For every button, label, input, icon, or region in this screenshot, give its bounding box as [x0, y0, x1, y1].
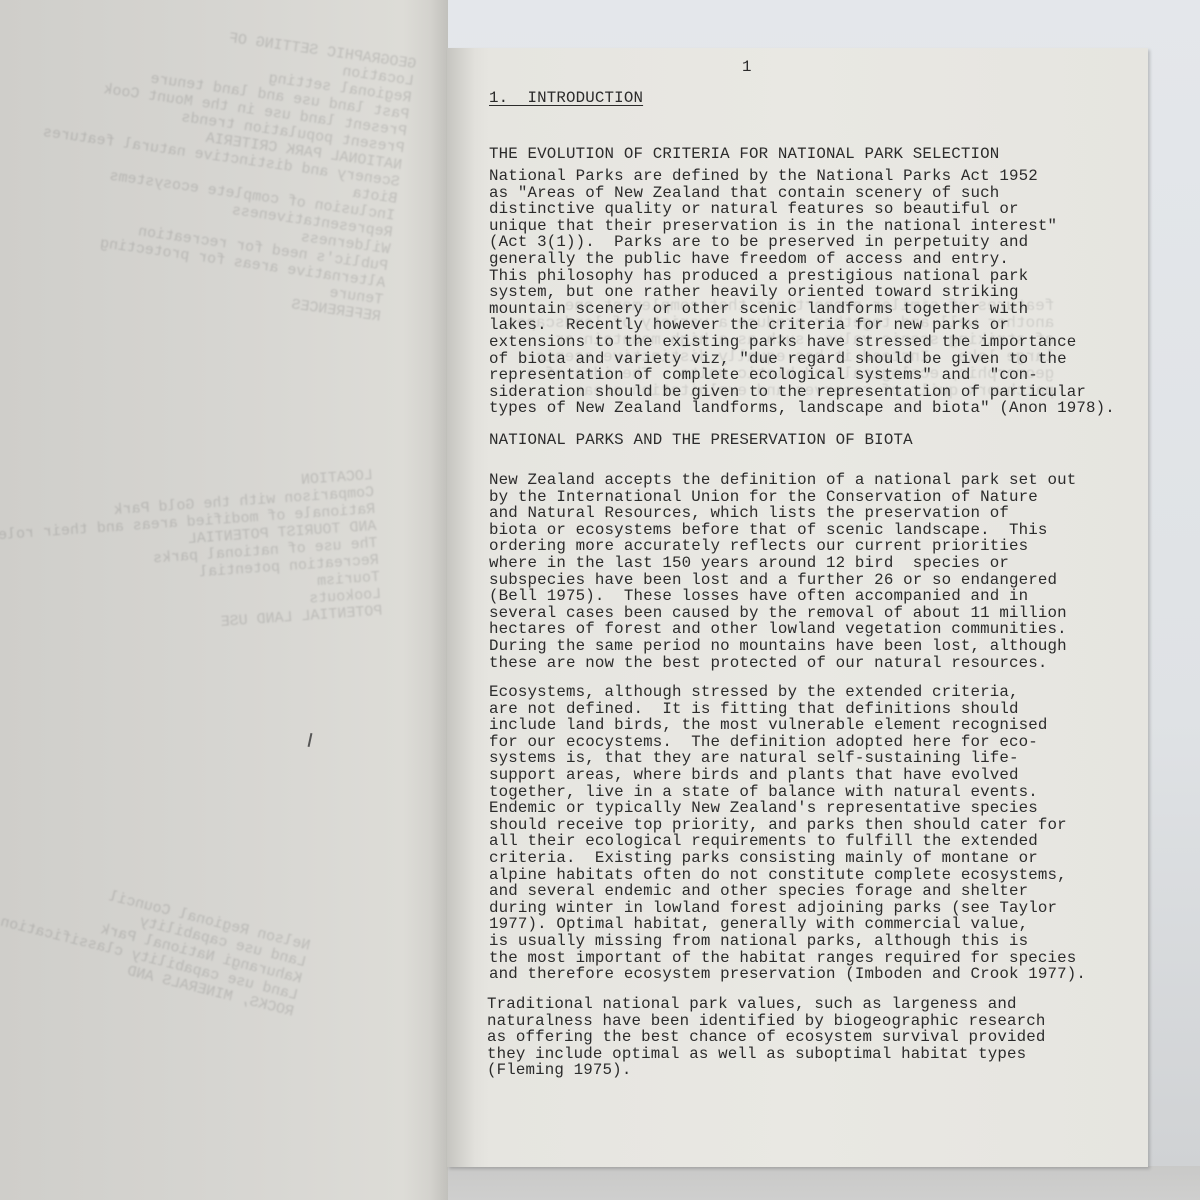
- gutter-shadow: [430, 0, 448, 1200]
- subheading-preservation-of-biota: NATIONAL PARKS AND THE PRESERVATION OF B…: [489, 432, 913, 449]
- section-heading: 1. INTRODUCTION: [489, 90, 643, 107]
- left-page-showthrough-middle: LOCATION Comparison with the Gold Park R…: [0, 467, 383, 646]
- text-line: of biota and variety viz, "due regard sh…: [489, 351, 1115, 368]
- text-line: as offering the best chance of ecosystem…: [487, 1029, 1046, 1046]
- text-line: and therefore ecosystem preservation (Im…: [489, 966, 1086, 983]
- text-line: several cases been caused by the removal…: [489, 605, 1076, 622]
- text-line: naturalness have been identified by biog…: [487, 1013, 1046, 1030]
- text-line: (Bell 1975). These losses have often acc…: [489, 588, 1076, 605]
- paragraph: National Parks are defined by the Nation…: [489, 168, 1115, 417]
- text-line: National Parks are defined by the Nation…: [489, 168, 1115, 185]
- table-surface: [440, 1166, 1200, 1200]
- text-line: criteria. Existing parks consisting main…: [489, 850, 1086, 867]
- text-line: should receive top priority, and parks t…: [489, 817, 1086, 834]
- text-line: Ecosystems, although stressed by the ext…: [489, 684, 1086, 701]
- text-line: by the International Union for the Conse…: [489, 489, 1076, 506]
- paragraph: Ecosystems, although stressed by the ext…: [489, 684, 1086, 983]
- subheading-evolution-of-criteria: THE EVOLUTION OF CRITERIA FOR NATIONAL P…: [489, 146, 999, 163]
- text-line: alpine habitats often do not constitute …: [489, 867, 1086, 884]
- text-line: generally the public have freedom of acc…: [489, 251, 1115, 268]
- text-line: the most important of the habitat ranges…: [489, 950, 1086, 967]
- text-line: ordering more accurately reflects our cu…: [489, 538, 1076, 555]
- text-line: During the same period no mountains have…: [489, 638, 1076, 655]
- text-line: together, live in a state of balance wit…: [489, 784, 1086, 801]
- text-line: New Zealand accepts the definition of a …: [489, 472, 1076, 489]
- text-line: (Act 3(1)). Parks are to be preserved in…: [489, 234, 1115, 251]
- text-line: 1977). Optimal habitat, generally with c…: [489, 916, 1086, 933]
- text-line: during winter in lowland forest adjoinin…: [489, 900, 1086, 917]
- text-line: Endemic or typically New Zealand's repre…: [489, 800, 1086, 817]
- text-line: is usually missing from national parks, …: [489, 933, 1086, 950]
- text-line: distinctive quality or natural features …: [489, 201, 1115, 218]
- paragraph: Traditional national park values, such a…: [487, 996, 1046, 1079]
- text-line: system, but one rather heavily oriented …: [489, 284, 1115, 301]
- text-line: all their ecological requirements to ful…: [489, 833, 1086, 850]
- text-line: for our ecocystems. The definition adopt…: [489, 734, 1086, 751]
- text-line: Traditional national park values, such a…: [487, 996, 1046, 1013]
- text-line: are not defined. It is fitting that defi…: [489, 701, 1086, 718]
- text-line: include land birds, the most vulnerable …: [489, 717, 1086, 734]
- text-line: mountain scenery or other scenic landfor…: [489, 301, 1115, 318]
- text-line: hectares of forest and other lowland veg…: [489, 621, 1076, 638]
- text-line: where in the last 150 years around 12 bi…: [489, 555, 1076, 572]
- text-line: This philosophy has produced a prestigio…: [489, 268, 1115, 285]
- text-line: as "Areas of New Zealand that contain sc…: [489, 185, 1115, 202]
- text-line: these are now the best protected of our …: [489, 655, 1076, 672]
- text-line: representation of complete ecological sy…: [489, 367, 1115, 384]
- text-line: subspecies have been lost and a further …: [489, 572, 1076, 589]
- left-facing-page: GEOGRAPHIC SETTING OF Location Regional …: [0, 0, 448, 1200]
- text-line: and several endemic and other species fo…: [489, 883, 1086, 900]
- page-number: 1: [742, 59, 752, 76]
- right-page: features of similar proportions that com…: [447, 48, 1148, 1167]
- left-page-showthrough-top: GEOGRAPHIC SETTING OF Location Regional …: [23, 6, 417, 325]
- text-line: biota or ecosystems before that of sceni…: [489, 522, 1076, 539]
- ink-mark: [308, 733, 313, 747]
- text-line: types of New Zealand landforms, landscap…: [489, 400, 1115, 417]
- text-line: unique that their preservation is in the…: [489, 218, 1115, 235]
- text-line: and Natural Resources, which lists the p…: [489, 505, 1076, 522]
- text-line: they include optimal as well as suboptim…: [487, 1046, 1046, 1063]
- text-line: support areas, where birds and plants th…: [489, 767, 1086, 784]
- left-page-showthrough-bottom: Nelson Regional Council Land use capabil…: [0, 864, 312, 1021]
- text-line: systems is, that they are natural self-s…: [489, 750, 1086, 767]
- text-line: sideration should be given to the repres…: [489, 384, 1115, 401]
- text-line: extensions to the existing parks have st…: [489, 334, 1115, 351]
- text-line: (Fleming 1975).: [487, 1062, 1046, 1079]
- paragraph: New Zealand accepts the definition of a …: [489, 472, 1076, 671]
- gutter-shadow: [447, 48, 475, 1167]
- text-line: lakes. Recently however the criteria for…: [489, 317, 1115, 334]
